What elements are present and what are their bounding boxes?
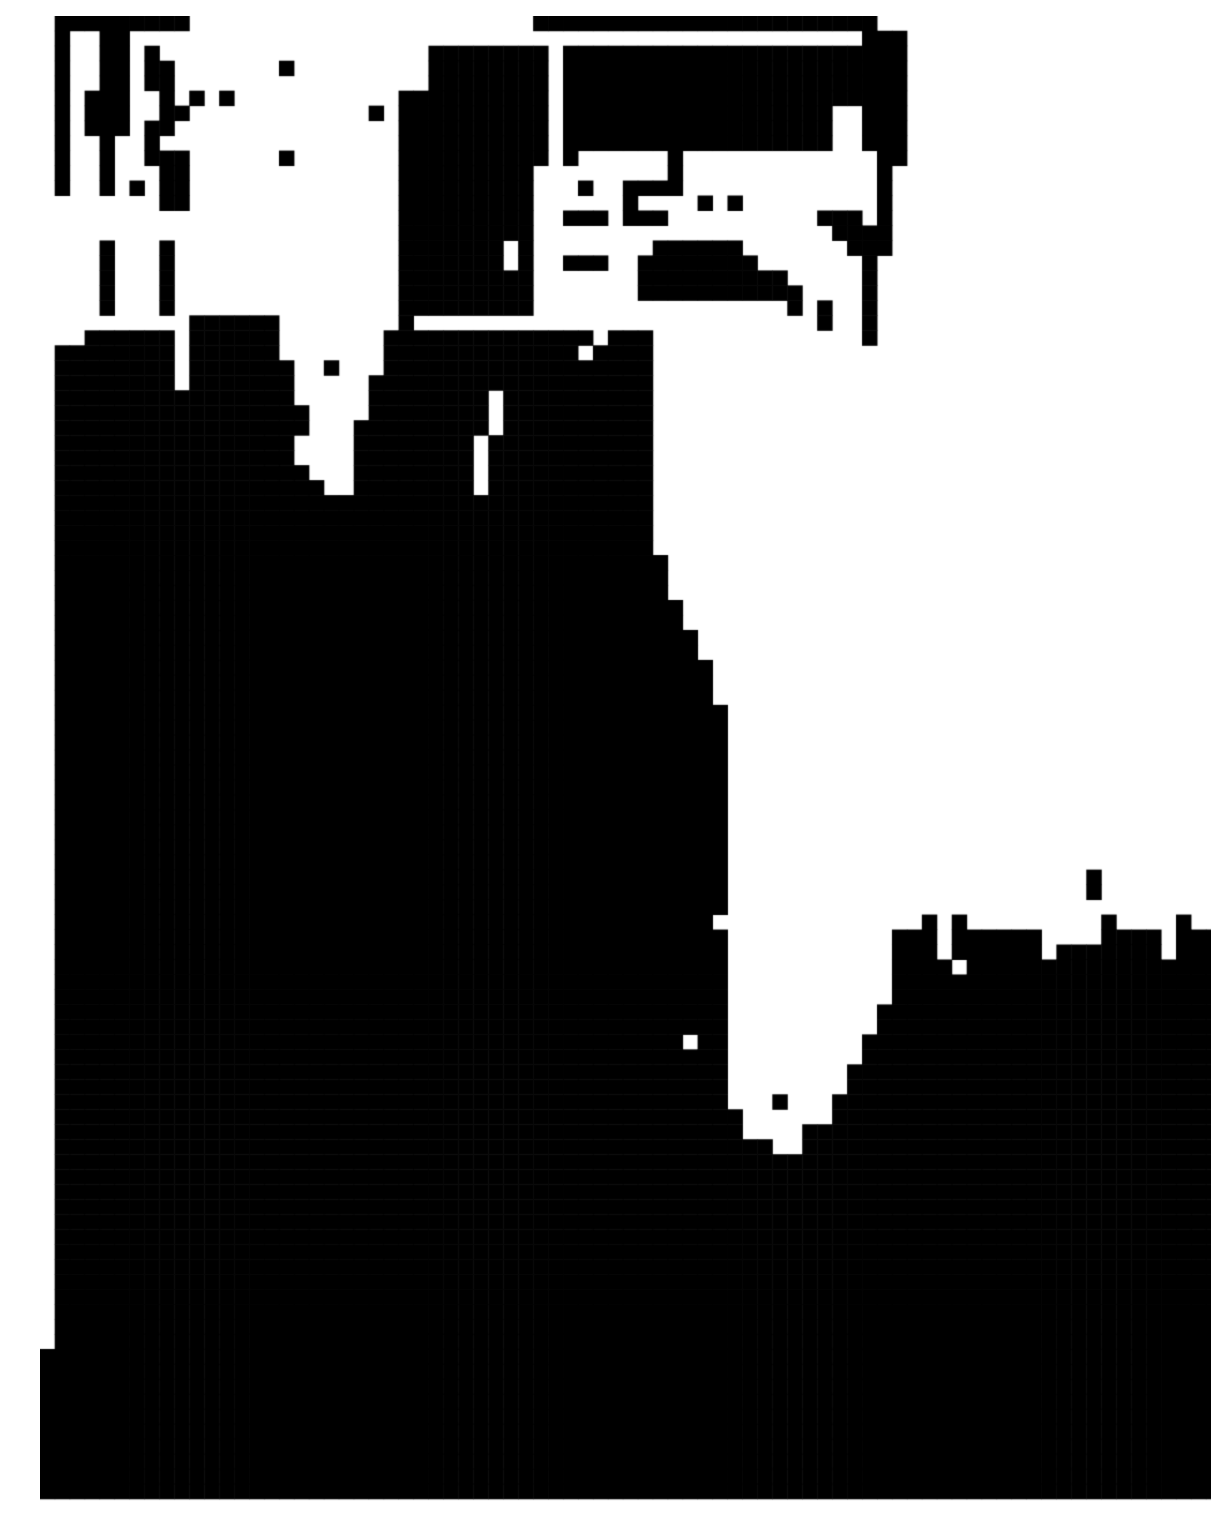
thresholded-photo-bitmap — [40, 16, 1211, 1514]
binarized-photo-viewer — [40, 16, 1211, 1514]
